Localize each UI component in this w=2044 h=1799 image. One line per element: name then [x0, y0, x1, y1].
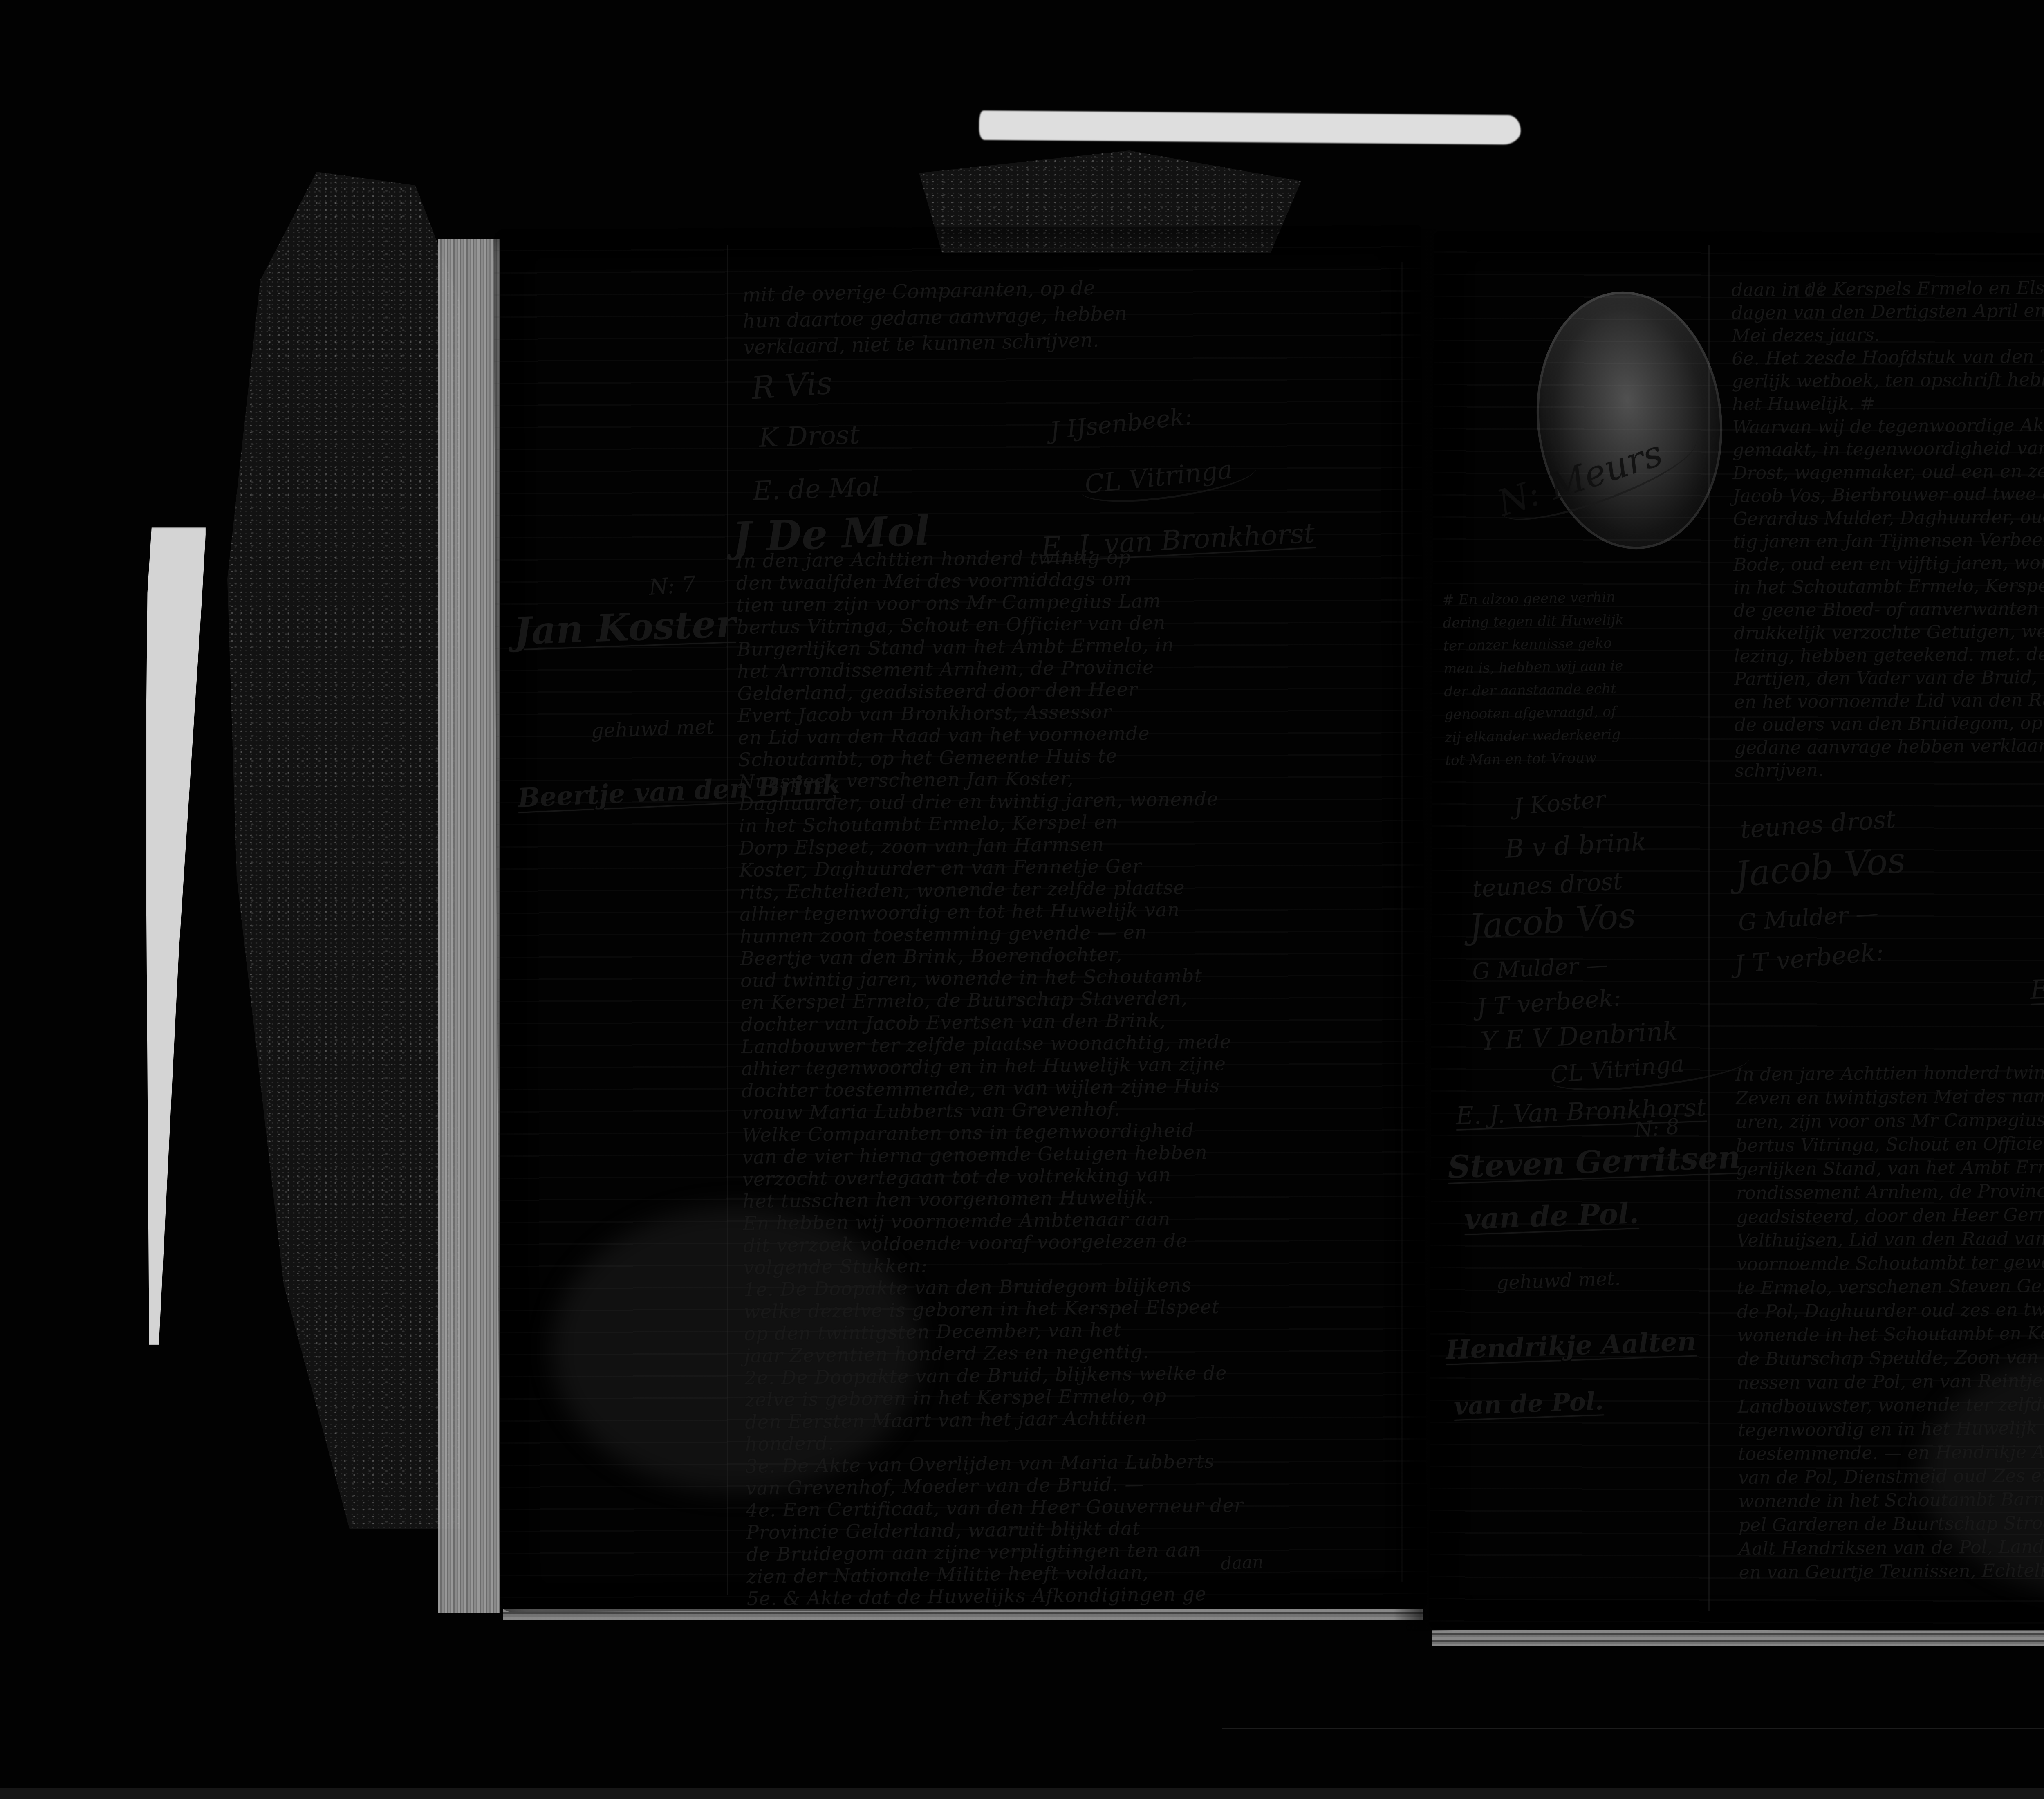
text-line: te Ermelo, verschenen Steven Gerritsen v… — [1737, 1273, 2044, 1300]
margin-act-number-8: N: 8 — [1633, 1114, 1681, 1142]
text-line: Mei dezes jaars. — [1732, 321, 2044, 348]
film-scratch-line — [1222, 1728, 2044, 1729]
text-line: daan in de Kerspels Ermelo en Elspeet, o… — [1731, 276, 2044, 302]
text-line: Waarvan wij de tegenwoordige Akte hebben… — [1732, 413, 2044, 439]
text-line: Aalt Hendriksen van de Pol, Landbouwer, — [1739, 1534, 2044, 1561]
left-closing-text: mit de overige Comparanten, op dehun daa… — [742, 274, 1128, 361]
margin-act-number-7: N: 7 — [648, 571, 697, 600]
text-line: men is, hebben wij aan ie — [1443, 654, 1625, 680]
text-line: de Pol, Daghuurder oud zes en twintig ja… — [1737, 1297, 2044, 1324]
text-line: Landbouwster, wonende ter zelfde plaatse… — [1738, 1392, 2044, 1419]
film-left-paper-wedge — [146, 527, 206, 1345]
film-top-paper-sliver — [979, 110, 1521, 145]
text-line: de geene Bloed- of aanverwanten van Part… — [1733, 596, 2044, 622]
text-line: dagen van den Dertigsten April en den Ze… — [1731, 298, 2044, 325]
book-cover-edge-texture — [227, 172, 462, 1529]
text-line: gedane aanvrage hebben verklaard niet te… — [1735, 734, 2044, 760]
margin8-gehuwd-met: gehuwd met. — [1496, 1267, 1621, 1294]
text-line: Drost, wagenmaker, oud een en zeventig j… — [1732, 459, 2044, 485]
text-line: gemaakt, in tegenwoordigheid van Teunis — [1732, 436, 2044, 462]
text-line: nessen van de Pol, en van Reintje Steven… — [1737, 1368, 2044, 1395]
text-line: bertus Vitringa, Schout en Officier van … — [1736, 1131, 2044, 1158]
microfilm-frame: mit de overige Comparanten, op dehun daa… — [0, 0, 2044, 1799]
text-line: Jacob Vos, Bierbrouwer oud twee en zesti… — [1733, 482, 2044, 508]
text-line: gerlijk wetboek, ten opschrift hebbende … — [1732, 367, 2044, 393]
text-line: de Buurschap Speulde, Zoon van wijlen Ge… — [1737, 1344, 2044, 1371]
text-line: en van Geurtje Teunissen, Echtelieden — [1739, 1558, 2044, 1585]
text-line: tot Man en tot Vrouw — [1445, 746, 1627, 772]
text-line: wonende in het Schoutambt en Kerspel Erm… — [1737, 1321, 2044, 1348]
text-line: pel Garderen de Buurtschap Stroe, Dochte… — [1739, 1510, 2044, 1537]
text-line: dering tegen dit Huwelijk — [1443, 608, 1624, 635]
margin-gehuwd-met: gehuwd met — [591, 715, 715, 742]
text-line: de ouders van den Bruidegom, op de hun d… — [1734, 711, 2044, 737]
gutter-shadow — [1393, 229, 1455, 1631]
text-line: van de Pol, Dienstmeid oud Zes en twinti… — [1738, 1463, 2044, 1490]
signature-r-vis: R Vis — [750, 364, 834, 406]
text-line: tig jaren en Jan Tijmensen Verbeek, Ambt… — [1733, 527, 2044, 554]
text-line: Bode, oud een en vijftig jaren, wonende … — [1733, 550, 2044, 576]
page-edge-stack-left — [438, 239, 500, 1613]
right-act8-text: In den jare Achttien honderd twintig op … — [1735, 1060, 2044, 1585]
signature-k-drost: K Drost — [758, 419, 861, 453]
text-line: Partijen, den Vader van de Bruid, ons Sc… — [1734, 665, 2044, 691]
text-line: In den jare Achttien honderd twintig op … — [1735, 1060, 2044, 1087]
margin-note-text: # En alzoo geene verhindering tegen dit … — [1442, 585, 1626, 772]
text-line: # En alzoo geene verhin — [1442, 585, 1624, 612]
text-line: Velthuijsen, Lid van den Raad van het — [1737, 1226, 2044, 1253]
text-line: tegenwoordig en in het Huwelijk van hare… — [1738, 1415, 2044, 1442]
margin-groom-name: Jan Koster — [513, 601, 736, 653]
text-line: wonende in het Schoutambt Barneveld, Ker… — [1738, 1487, 2044, 1514]
left-page-margin-rule — [727, 245, 728, 1595]
signature-e-de-mol: E. de Mol — [752, 472, 881, 507]
text-line: het Huwelijk. # — [1732, 390, 2044, 416]
text-line: zij elkander wederkeerig — [1445, 723, 1626, 749]
text-line: en het voornoemde Lid van den Raad; terw… — [1734, 688, 2044, 714]
text-line: in het Schoutambt Ermelo, Kerspel Nunspe… — [1733, 573, 2044, 599]
margin8-groom-line2: van de Pol. — [1464, 1196, 1639, 1236]
text-line: rondissement Arnhem, de Provincie Gelder… — [1736, 1178, 2044, 1205]
text-line: geadsisteerd, door den Heer Gerrit van — [1736, 1202, 2044, 1229]
text-line: voornoemde Schoutambt ter gewone plaatse — [1737, 1249, 2044, 1276]
text-line: Zeven en twintigsten Mei des namiddags o… — [1735, 1083, 2044, 1110]
text-line: lezing, hebben geteekend. met. de Contra… — [1734, 642, 2044, 668]
left-catchword: daan — [1220, 1552, 1264, 1574]
text-line: Gerardus Mulder, Daghuurder, oud een en … — [1733, 505, 2044, 531]
film-bottom-band — [0, 1788, 2044, 1799]
text-line: gerlijken Stand, van het Ambt Ermelo, in… — [1736, 1155, 2044, 1182]
left-act-text: In den jare Achttien honderd twintig opd… — [736, 545, 1244, 1610]
text-line: toestemmende. — en Hendrikje Aalten — [1738, 1439, 2044, 1466]
text-line: uren, zijn voor ons Mr Campegius Lam — [1736, 1107, 2044, 1134]
text-line: 6e. Het zesde Hoofdstuk van den Titel va… — [1732, 344, 2044, 370]
margin8-bride-line2: van de Pol. — [1453, 1387, 1604, 1421]
page-edge-stack-bottom-right — [1432, 1630, 2044, 1646]
text-line: drukkelijk verzochte Getuigen, welke, na… — [1734, 619, 2044, 645]
text-line: schrijven. — [1735, 756, 2044, 783]
right-act7-text: daan in de Kerspels Ermelo en Elspeet, o… — [1731, 276, 2044, 783]
text-line: der der aanstaande echt — [1444, 677, 1625, 703]
text-line: ter onzer kennisse geko — [1443, 631, 1625, 657]
text-line: genooten afgevraagd, of — [1444, 700, 1626, 726]
